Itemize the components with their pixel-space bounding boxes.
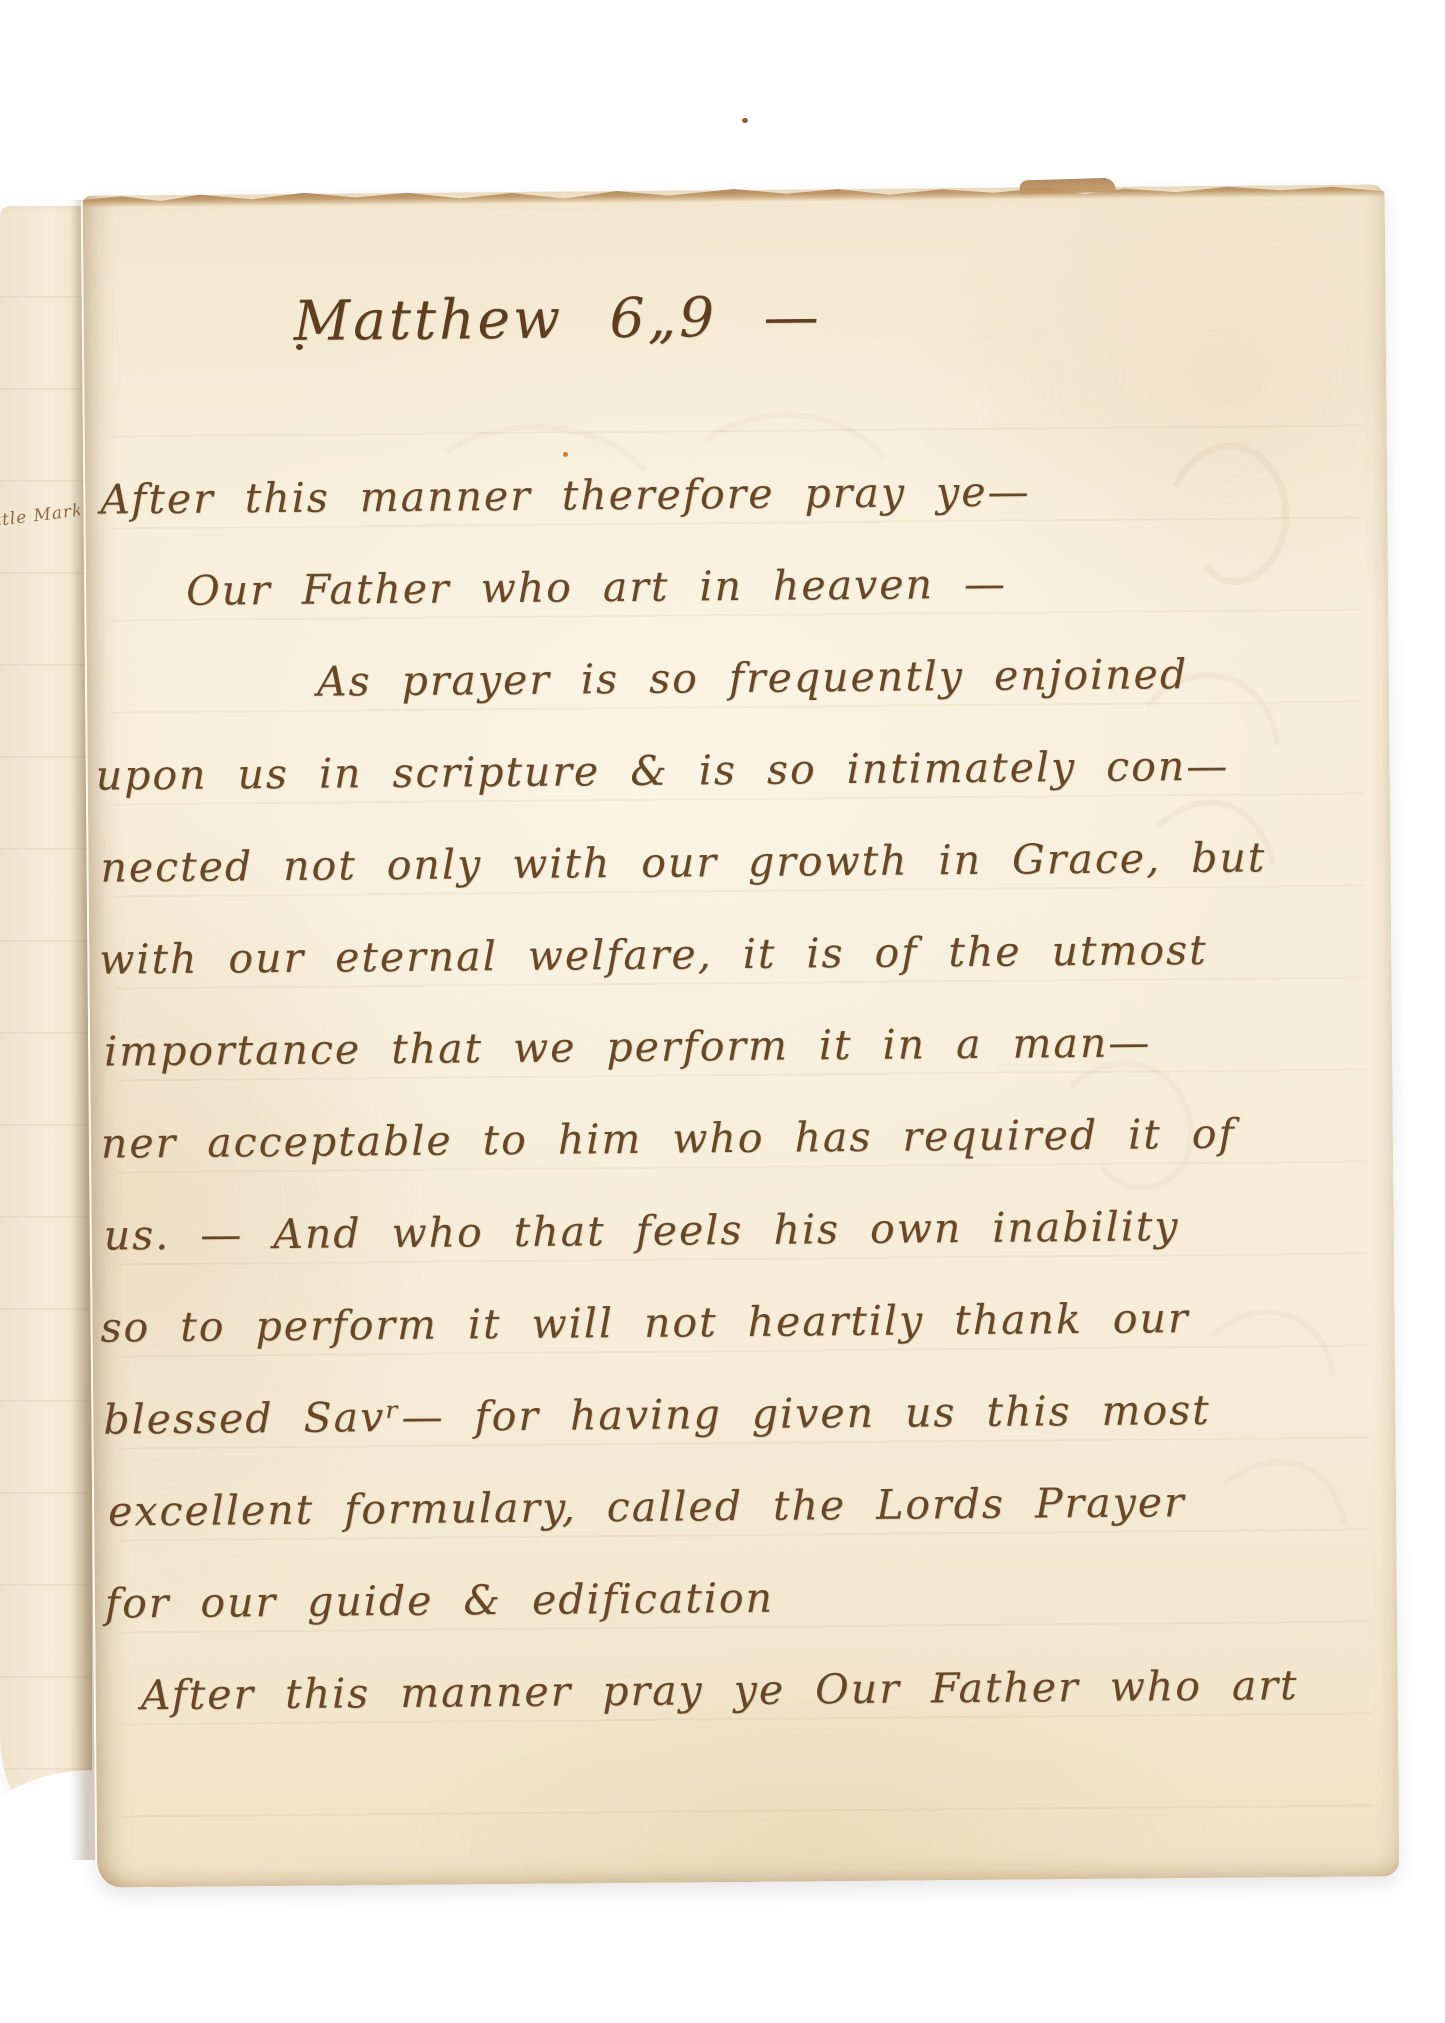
manuscript-page: Matthew 6„9 — After this manner therefor… [81, 184, 1400, 1887]
manuscript-line: importance that we perform it in a man— [104, 1018, 1152, 1075]
margin-note: ttle Mark [0, 501, 81, 531]
ghost-flourish [445, 414, 885, 473]
manuscript-line: with our eternal welfare, it is of the u… [99, 926, 1208, 984]
paper-speck [742, 118, 748, 123]
manuscript-line: so to perform it will not heartily thank… [100, 1294, 1189, 1352]
manuscript-line: As prayer is so frequently enjoined [317, 650, 1189, 706]
manuscript-line: Our Father who art in heaven — [186, 560, 1007, 615]
manuscript-line: us. — And who that feels his own inabili… [104, 1202, 1180, 1259]
paper-speck [563, 452, 568, 457]
manuscript-line: After this manner pray ye Our Father who… [141, 1661, 1299, 1719]
manuscript-line: upon us in scripture & is so intimately … [95, 742, 1229, 800]
manuscript-line: blessed Savʳ— for having given us this m… [103, 1386, 1211, 1444]
photograph: ttle Mark Matthew 6„9 — After this manne… [0, 0, 1445, 2023]
manuscript-line: After this manner therefore pray ye— [100, 467, 1031, 523]
heading-line: Matthew 6„9 — [293, 284, 821, 353]
ghost-flourish [1175, 446, 1286, 582]
manuscript-line: for our guide & edification [105, 1574, 774, 1628]
ink-speck [296, 344, 303, 350]
manuscript-line: nected not only with our growth in Grace… [100, 833, 1266, 891]
ghost-flourish [1212, 1311, 1344, 1526]
manuscript-line: ner acceptable to him who has required i… [101, 1110, 1236, 1168]
manuscript-line: excellent formulary, called the Lords Pr… [108, 1478, 1186, 1535]
